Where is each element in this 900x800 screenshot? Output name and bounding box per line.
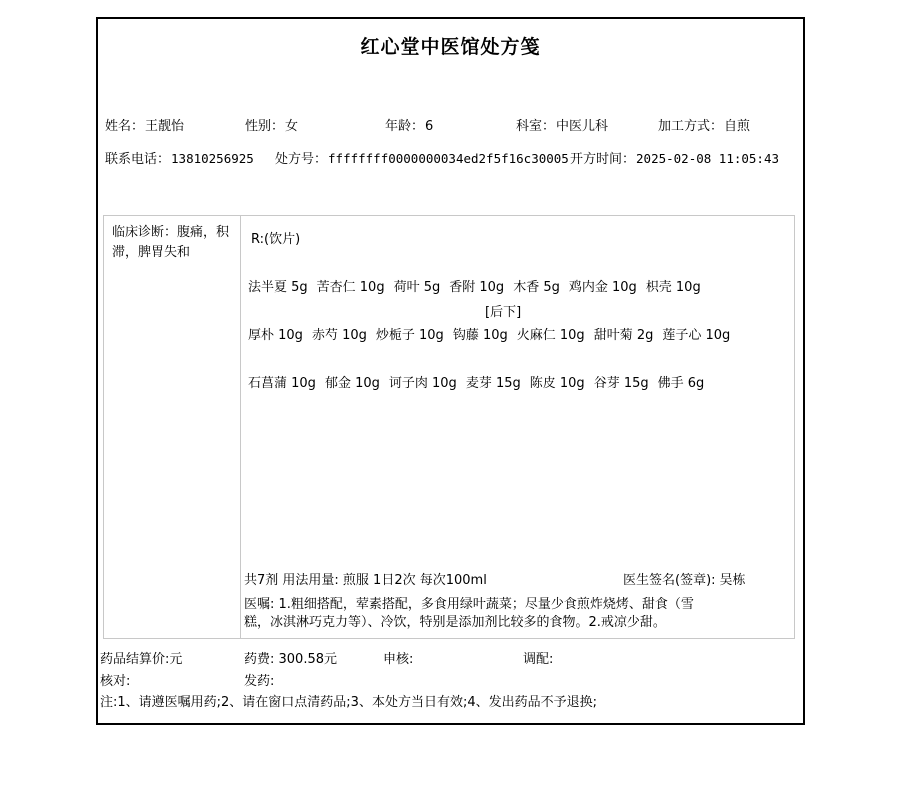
medicine-item: 赤芍 10g [312, 324, 367, 343]
field-age: 年龄：6 [385, 115, 433, 134]
medical-advice: 医嘱: 1.粗细搭配，荤素搭配，多食用绿叶蔬菜；尽量少食煎炸烧烤、甜食（雪糕，冰… [244, 596, 704, 631]
medicine-item: 炒栀子 10g [376, 324, 444, 343]
field-review: 申核: [383, 648, 413, 667]
medicine-item: 麦芽 15g [466, 372, 521, 391]
medicine-item: 苦杏仁 10g [317, 276, 385, 295]
medicine-item: 法半夏 5g [248, 276, 308, 295]
field-settlement-price: 药品结算价:元 [100, 648, 182, 667]
medicine-item: 诃子肉 10g [389, 372, 457, 391]
field-prescription-time: 开方时间：2025-02-08 11:05:43 [570, 148, 779, 167]
field-name-value: 王靓怡 [145, 119, 184, 134]
doctor-signature-label: 医生签名(签章): [623, 573, 716, 588]
doctor-signature-value: 吴栋 [720, 573, 746, 588]
usage-line: 共7剂 用法用量: 煎服 1日2次 每次100ml [244, 569, 487, 588]
field-processing-method-label: 加工方式： [658, 119, 723, 134]
medicine-item: 鸡内金 10g [569, 276, 637, 295]
field-gender-value: 女 [285, 119, 298, 134]
field-phone: 联系电话：13810256925 [105, 148, 254, 167]
field-processing-method: 加工方式：自煎 [658, 115, 750, 134]
medicine-item: 香附 10g [449, 276, 504, 295]
medicine-item: 厚朴 10g [248, 324, 303, 343]
medicine-item: 木香 5g [513, 276, 560, 295]
footer-note: 注:1、请遵医嘱用药;2、请在窗口点清药品;3、本处方当日有效;4、发出药品不予… [100, 691, 597, 710]
field-dispense: 发药: [244, 670, 274, 689]
field-name: 姓名：王靓怡 [105, 115, 184, 134]
field-prescription-time-label: 开方时间： [570, 152, 635, 167]
doctor-signature: 医生签名(签章):吴栋 [623, 569, 746, 588]
medicine-line-1: 法半夏 5g苦杏仁 10g荷叶 5g香附 10g木香 5g鸡内金 10g枳壳 1… [248, 276, 701, 295]
prescription-page: 红心堂中医馆处方笺 姓名：王靓怡 性别：女 年龄：6 科室：中医儿科 加工方式：… [0, 0, 900, 800]
field-phone-label: 联系电话： [105, 152, 170, 167]
field-processing-method-value: 自煎 [724, 119, 750, 134]
field-check: 核对: [100, 670, 130, 689]
rx-type-line: R:(饮片) [251, 228, 300, 247]
medicine-item: 火麻仁 10g [517, 324, 585, 343]
medicine-item: 枳壳 10g [646, 276, 701, 295]
medicine-item: 佛手 6g [658, 372, 705, 391]
field-department-value: 中医儿科 [556, 119, 608, 134]
field-age-label: 年龄： [385, 119, 424, 134]
diagnosis-label: 临床诊断： [112, 225, 177, 240]
prescription-cell: R:(饮片) 法半夏 5g苦杏仁 10g荷叶 5g香附 10g木香 5g鸡内金 … [241, 216, 794, 638]
medicine-line-3: 石菖蒲 10g郁金 10g诃子肉 10g麦芽 15g陈皮 10g谷芽 15g佛手… [248, 372, 704, 391]
prescription-box: 临床诊断：腹痛，积滞，脾胃失和 R:(饮片) 法半夏 5g苦杏仁 10g荷叶 5… [103, 215, 795, 639]
field-department: 科室：中医儿科 [516, 115, 608, 134]
medicine-item: 郁金 10g [325, 372, 380, 391]
medicine-item: 陈皮 10g [530, 372, 585, 391]
field-department-label: 科室： [516, 119, 555, 134]
medicine-item: 谷芽 15g [594, 372, 649, 391]
field-prescription-time-value: 2025-02-08 11:05:43 [636, 151, 779, 166]
medicine-line-2: 厚朴 10g赤芍 10g炒栀子 10g钩藤 10g火麻仁 10g甜叶菊 2g莲子… [248, 324, 730, 343]
field-prescription-number-value: ffffffff0000000034ed2f5f16c30005 [328, 151, 569, 166]
field-gender-label: 性别： [245, 119, 284, 134]
medicine-item: 石菖蒲 10g [248, 372, 316, 391]
field-prescription-number-label: 处方号： [275, 152, 327, 167]
medicine-item: 莲子心 10g [662, 324, 730, 343]
diagnosis-cell: 临床诊断：腹痛，积滞，脾胃失和 [104, 216, 241, 638]
field-phone-value: 13810256925 [171, 151, 254, 166]
field-age-value: 6 [425, 119, 433, 134]
medicine-item: 荷叶 5g [394, 276, 441, 295]
medicine-item: 钩藤 10g [453, 324, 508, 343]
medicine-item: 甜叶菊 2g [594, 324, 654, 343]
field-medicine-fee: 药费: 300.58元 [244, 648, 337, 667]
field-prescription-number: 处方号：ffffffff0000000034ed2f5f16c30005 [275, 148, 569, 167]
field-prepare: 调配: [523, 648, 553, 667]
decoction-marker: [后下] [485, 301, 521, 320]
field-gender: 性别：女 [245, 115, 298, 134]
field-name-label: 姓名： [105, 119, 144, 134]
page-title: 红心堂中医馆处方笺 [96, 32, 805, 59]
